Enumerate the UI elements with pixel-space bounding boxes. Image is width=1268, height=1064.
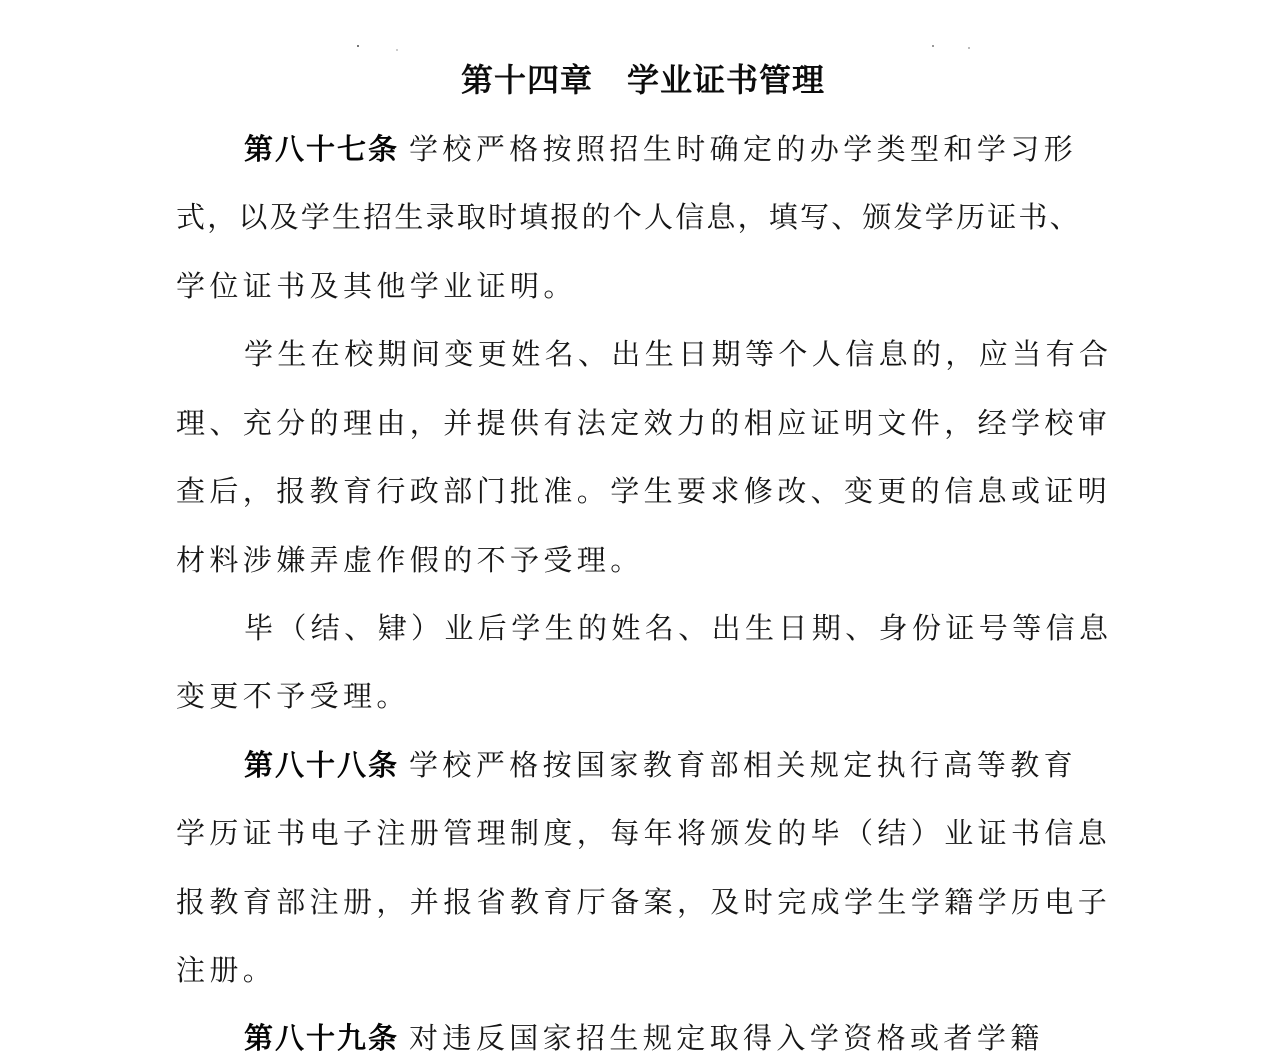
article-number: 第八十七条 — [244, 132, 399, 166]
article-87-line-3: 学位证书及其他学业证明。 — [176, 264, 1116, 308]
article-87-line-2: 式，以及学生招生录取时填报的个人信息，填写、颁发学历证书、 — [176, 195, 1116, 239]
paragraph-2-line-4: 材料涉嫌弄虚作假的不予受理。 — [176, 538, 1116, 582]
article-number: 第八十九条 — [244, 1021, 399, 1055]
paragraph-text: 学校严格按国家教育部相关规定执行高等教育 — [409, 748, 1077, 782]
chapter-number: 第十四章 — [461, 61, 593, 99]
scanned-document-page: 第十四章学业证书管理 第八十七条学校严格按照招生时确定的办学类型和学习形 式，以… — [0, 0, 1268, 1064]
scan-speck — [932, 45, 934, 47]
paragraph-2-line-3: 查后，报教育行政部门批准。学生要求修改、变更的信息或证明 — [176, 469, 1116, 513]
paragraph-2-line-2: 理、充分的理由，并提供有法定效力的相应证明文件，经学校审 — [176, 401, 1116, 445]
article-88-line-3: 报教育部注册，并报省教育厅备案，及时完成学生学籍学历电子 — [176, 880, 1116, 924]
article-number: 第八十八条 — [244, 748, 399, 782]
article-88-line-1: 第八十八条学校严格按国家教育部相关规定执行高等教育 — [244, 743, 1116, 787]
paragraph-text: 对违反国家招生规定取得入学资格或者学籍 — [409, 1021, 1044, 1055]
paragraph-2-line-1: 学生在校期间变更姓名、出生日期等个人信息的，应当有合 — [244, 332, 1116, 376]
paragraph-3-line-1: 毕（结、肄）业后学生的姓名、出生日期、身份证号等信息 — [244, 606, 1116, 650]
article-88-line-2: 学历证书电子注册管理制度，每年将颁发的毕（结）业证书信息 — [176, 811, 1116, 855]
scan-speck — [396, 49, 398, 51]
paragraph-text: 学校严格按照招生时确定的办学类型和学习形 — [409, 132, 1077, 166]
article-87-line-1: 第八十七条学校严格按照招生时确定的办学类型和学习形 — [244, 127, 1116, 171]
article-89-line-1: 第八十九条对违反国家招生规定取得入学资格或者学籍 — [244, 1016, 1116, 1060]
chapter-title: 第十四章学业证书管理 — [0, 58, 1268, 102]
paragraph-3-line-2: 变更不予受理。 — [176, 674, 1116, 718]
scan-speck — [968, 47, 970, 49]
scan-speck — [357, 45, 359, 47]
article-88-line-4: 注册。 — [176, 948, 1116, 992]
chapter-name: 学业证书管理 — [627, 61, 825, 99]
